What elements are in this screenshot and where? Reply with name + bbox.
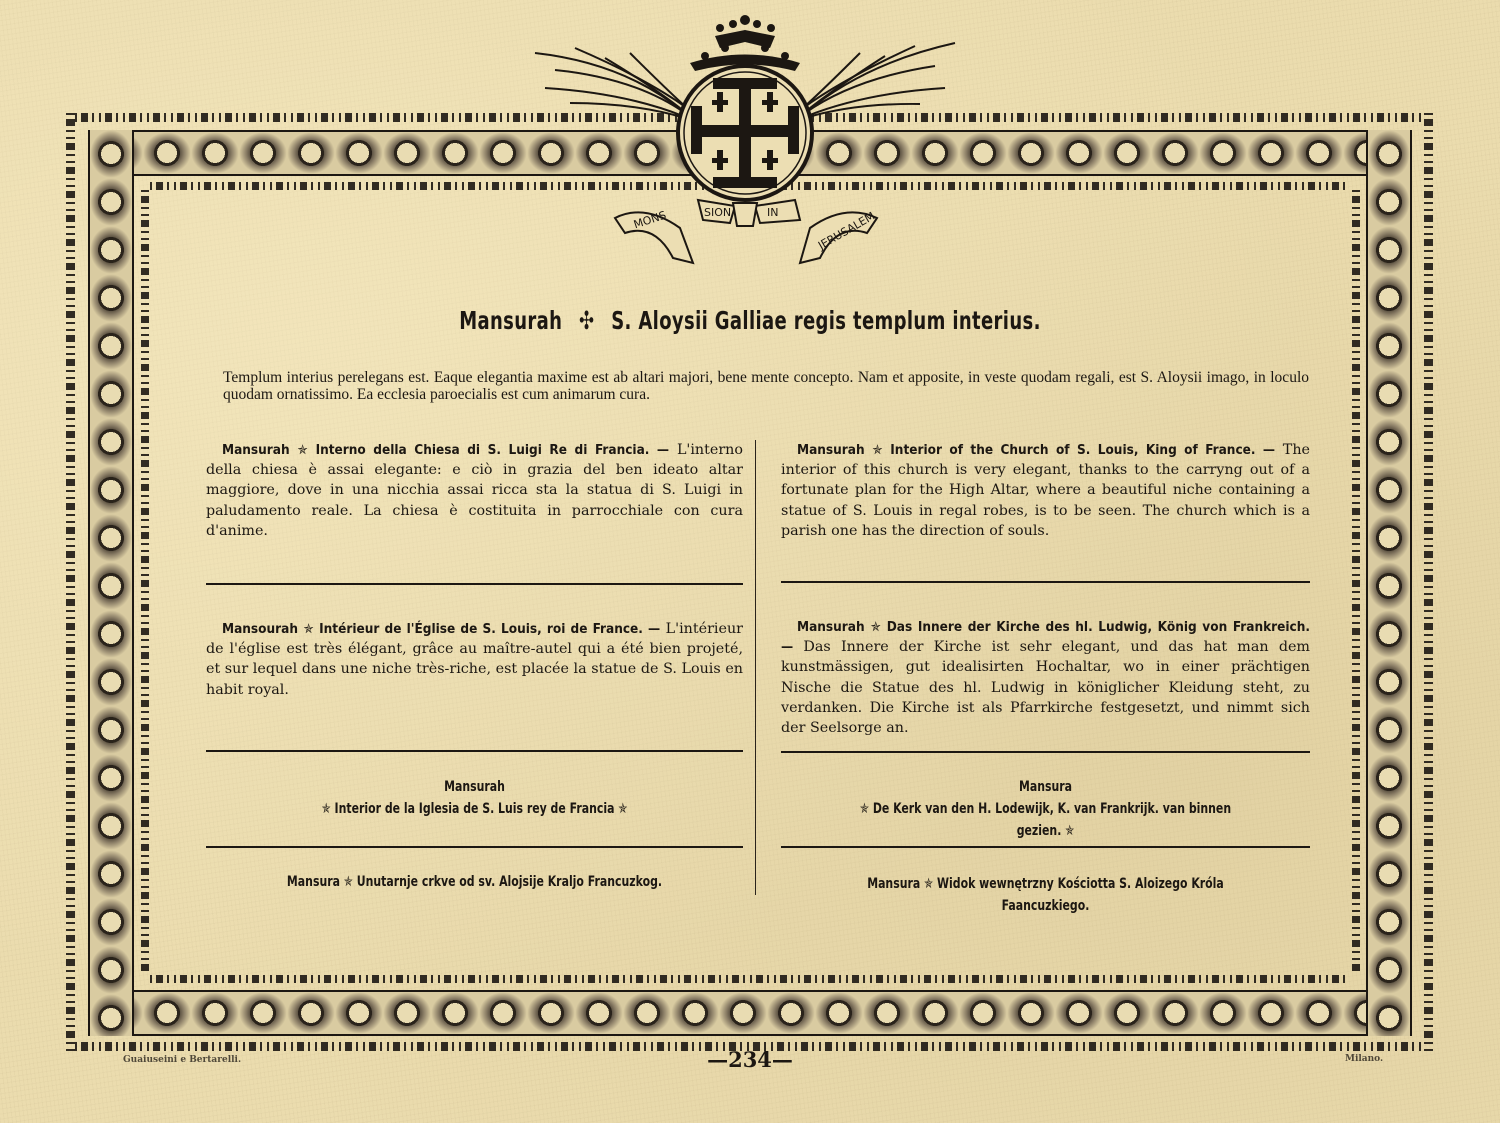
vine-band-bottom — [95, 990, 1405, 1036]
spanish-title-line: ✯ Interior de la Iglesia de S. Luis rey … — [265, 798, 684, 820]
spanish-head: Mansurah — [265, 776, 684, 798]
croatian-title: Unutarnje crkve od sv. Alojsije Kraljo F… — [357, 874, 662, 890]
section-dutch: Mansura ✯ De Kerk van den H. Lodewijk, K… — [839, 776, 1252, 842]
divider-left-3 — [206, 846, 743, 848]
page-number: —234— — [0, 1047, 1500, 1072]
latin-intro: Templum interius perelegans est. Eaque e… — [223, 369, 1309, 403]
german-body: Das Innere der Kirche ist sehr elegant, … — [781, 639, 1310, 736]
palm-branch-right-icon — [803, 43, 955, 118]
title-text: S. Aloysii Galliae regis templum interiu… — [611, 306, 1041, 335]
vine-band-left — [88, 130, 134, 1036]
column-separator — [755, 440, 756, 895]
ornament-icon: ✯ — [871, 619, 881, 635]
german-paragraph: Mansurah ✯ Das Innere der Kirche des hl.… — [781, 617, 1310, 738]
ornament-icon: ✯ — [618, 801, 627, 817]
divider-left-2 — [206, 750, 743, 752]
italian-title: Interno della Chiesa di S. Luigi Re di F… — [316, 442, 670, 458]
ornament-icon: ✯ — [872, 442, 882, 458]
english-title: Interior of the Church of S. Louis, King… — [890, 442, 1275, 458]
ornament-icon: ✯ — [303, 621, 313, 637]
italian-head: Mansurah — [222, 442, 290, 458]
ornament-icon: ✣ — [579, 306, 594, 335]
ornament-icon: ✯ — [298, 442, 308, 458]
greek-key-band-right-outer — [1424, 113, 1433, 1051]
german-head: Mansurah — [797, 619, 865, 635]
polish-head: Mansura — [867, 876, 920, 892]
divider-right-2 — [781, 751, 1310, 753]
section-german: Mansurah ✯ Das Innere der Kirche des hl.… — [781, 617, 1310, 738]
imprint-city: Milano. — [1345, 1054, 1383, 1064]
dutch-title-line: ✯ De Kerk van den H. Lodewijk, K. van Fr… — [839, 798, 1252, 842]
greek-key-band-bottom-inner — [150, 975, 1350, 983]
vine-band-right — [1366, 130, 1412, 1036]
ornament-icon: ✯ — [1065, 823, 1074, 839]
divider-right-3 — [781, 846, 1310, 848]
italian-paragraph: Mansurah ✯ Interno della Chiesa di S. Lu… — [206, 440, 743, 541]
dutch-title: De Kerk van den H. Lodewijk, K. van Fran… — [873, 801, 1231, 839]
divider-right-1 — [781, 581, 1310, 583]
greek-key-band-left-inner — [141, 190, 149, 975]
greek-key-band-right-inner — [1352, 190, 1360, 975]
dutch-head: Mansura — [839, 776, 1252, 798]
french-head: Mansourah — [222, 621, 298, 637]
title-place: Mansurah — [459, 306, 562, 335]
palm-branch-left-icon — [535, 48, 687, 118]
section-croatian: Mansura ✯ Unutarnje crkve od sv. Alojsij… — [265, 871, 684, 893]
section-french: Mansourah ✯ Intérieur de l'Église de S. … — [206, 619, 743, 700]
english-paragraph: Mansurah ✯ Interior of the Church of S. … — [781, 440, 1310, 541]
greek-key-band-left-outer — [66, 113, 75, 1051]
section-italian: Mansurah ✯ Interno della Chiesa di S. Lu… — [206, 440, 743, 541]
ornament-icon: ✯ — [322, 801, 331, 817]
french-paragraph: Mansourah ✯ Intérieur de l'Église de S. … — [206, 619, 743, 700]
section-polish: Mansura ✯ Widok wewnętrzny Kościotta S. … — [839, 873, 1252, 917]
section-spanish: Mansurah ✯ Interior de la Iglesia de S. … — [265, 776, 684, 820]
jerusalem-cross-emblem: MONS SION IN JERUSALEM — [515, 8, 975, 278]
section-english: Mansurah ✯ Interior of the Church of S. … — [781, 440, 1310, 541]
french-title: Intérieur de l'Église de S. Louis, roi d… — [319, 621, 660, 637]
crown-icon — [690, 15, 800, 71]
ornament-icon: ✯ — [860, 801, 869, 817]
ornament-icon: ✯ — [344, 874, 353, 890]
divider-left-1 — [206, 583, 743, 585]
motto-word-2: SION — [704, 206, 731, 219]
spanish-title: Interior de la Iglesia de S. Luis rey de… — [335, 801, 615, 817]
motto-word-3: IN — [767, 206, 778, 219]
polish-title: Widok wewnętrzny Kościotta S. Aloizego K… — [937, 876, 1224, 914]
croatian-head: Mansura — [287, 874, 340, 890]
ornament-icon: ✯ — [924, 876, 933, 892]
english-head: Mansurah — [797, 442, 865, 458]
page-title: Mansurah ✣ S. Aloysii Galliae regis temp… — [210, 306, 1290, 335]
